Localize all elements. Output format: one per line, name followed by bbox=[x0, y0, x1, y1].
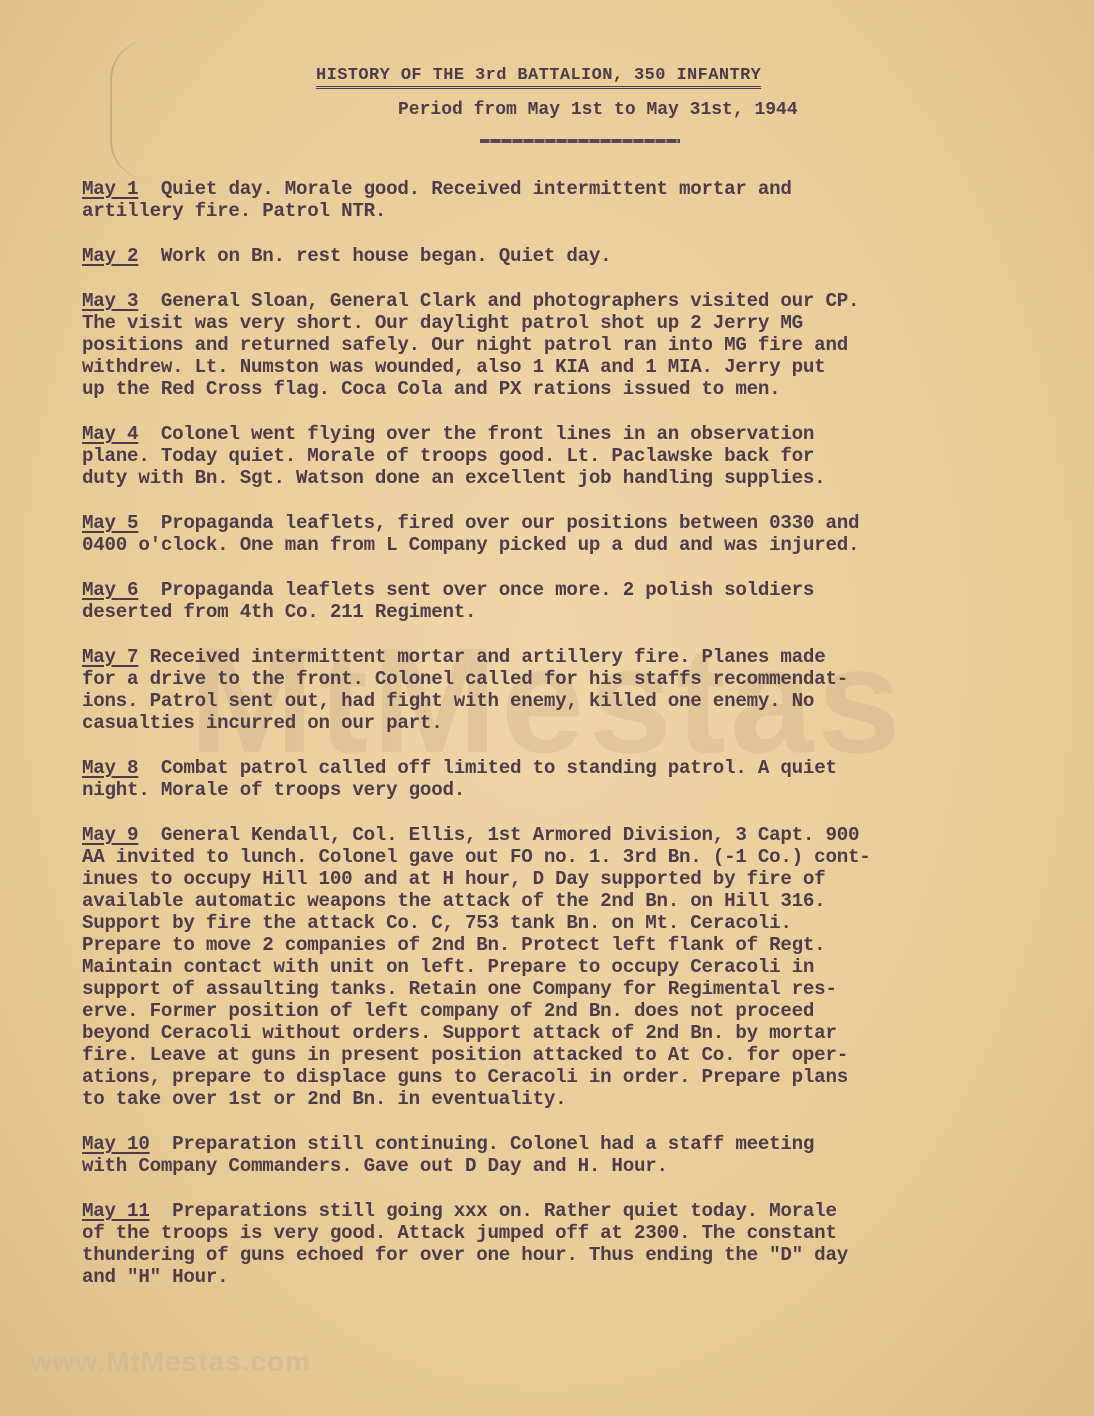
title-rule-divider bbox=[480, 139, 680, 143]
entry-text: Received intermittent mortar and artille… bbox=[82, 646, 848, 734]
entry-date: May 6 bbox=[82, 579, 138, 601]
diary-entries: May 1 Quiet day. Morale good. Received i… bbox=[82, 178, 1042, 1311]
entry-date: May 9 bbox=[82, 824, 138, 846]
entry-date: May 2 bbox=[82, 245, 138, 267]
entry-date: May 1 bbox=[82, 178, 138, 200]
paper-fold-mark bbox=[110, 40, 152, 180]
watermark-url: www.MtMestas.com bbox=[30, 1346, 311, 1378]
entry-text: Propaganda leaflets, fired over our posi… bbox=[82, 512, 859, 556]
entry-text: Preparation still continuing. Colonel ha… bbox=[82, 1133, 814, 1177]
document-page: MtMestas HISTORY OF THE 3rd BATTALION, 3… bbox=[0, 0, 1094, 1416]
entry-text: General Kendall, Col. Ellis, 1st Armored… bbox=[82, 824, 871, 1110]
entry-text: Colonel went flying over the front lines… bbox=[82, 423, 825, 489]
entry-date: May 10 bbox=[82, 1133, 150, 1155]
document-subtitle: Period from May 1st to May 31st, 1944 bbox=[398, 100, 798, 120]
entry-date: May 4 bbox=[82, 423, 138, 445]
entry-text: Work on Bn. rest house began. Quiet day. bbox=[138, 245, 611, 267]
diary-entry: May 8 Combat patrol called off limited t… bbox=[82, 757, 1042, 801]
entry-date: May 11 bbox=[82, 1200, 150, 1222]
entry-date: May 8 bbox=[82, 757, 138, 779]
diary-entry: May 2 Work on Bn. rest house began. Quie… bbox=[82, 245, 1042, 267]
diary-entry: May 6 Propaganda leaflets sent over once… bbox=[82, 579, 1042, 623]
diary-entry: May 5 Propaganda leaflets, fired over ou… bbox=[82, 512, 1042, 556]
entry-text: General Sloan, General Clark and photogr… bbox=[82, 290, 859, 400]
diary-entry: May 7 Received intermittent mortar and a… bbox=[82, 646, 1042, 734]
diary-entry: May 3 General Sloan, General Clark and p… bbox=[82, 290, 1042, 400]
entry-text: Preparations still going xxx on. Rather … bbox=[82, 1200, 848, 1288]
entry-date: May 7 bbox=[82, 646, 138, 668]
document-title: HISTORY OF THE 3rd BATTALION, 350 INFANT… bbox=[316, 66, 761, 89]
entry-text: Combat patrol called off limited to stan… bbox=[82, 757, 837, 801]
entry-text: Quiet day. Morale good. Received intermi… bbox=[82, 178, 792, 222]
diary-entry: May 9 General Kendall, Col. Ellis, 1st A… bbox=[82, 824, 1042, 1110]
diary-entry: May 11 Preparations still going xxx on. … bbox=[82, 1200, 1042, 1288]
diary-entry: May 4 Colonel went flying over the front… bbox=[82, 423, 1042, 489]
entry-text: Propaganda leaflets sent over once more.… bbox=[82, 579, 814, 623]
entry-date: May 3 bbox=[82, 290, 138, 312]
diary-entry: May 1 Quiet day. Morale good. Received i… bbox=[82, 178, 1042, 222]
diary-entry: May 10 Preparation still continuing. Col… bbox=[82, 1133, 1042, 1177]
entry-date: May 5 bbox=[82, 512, 138, 534]
